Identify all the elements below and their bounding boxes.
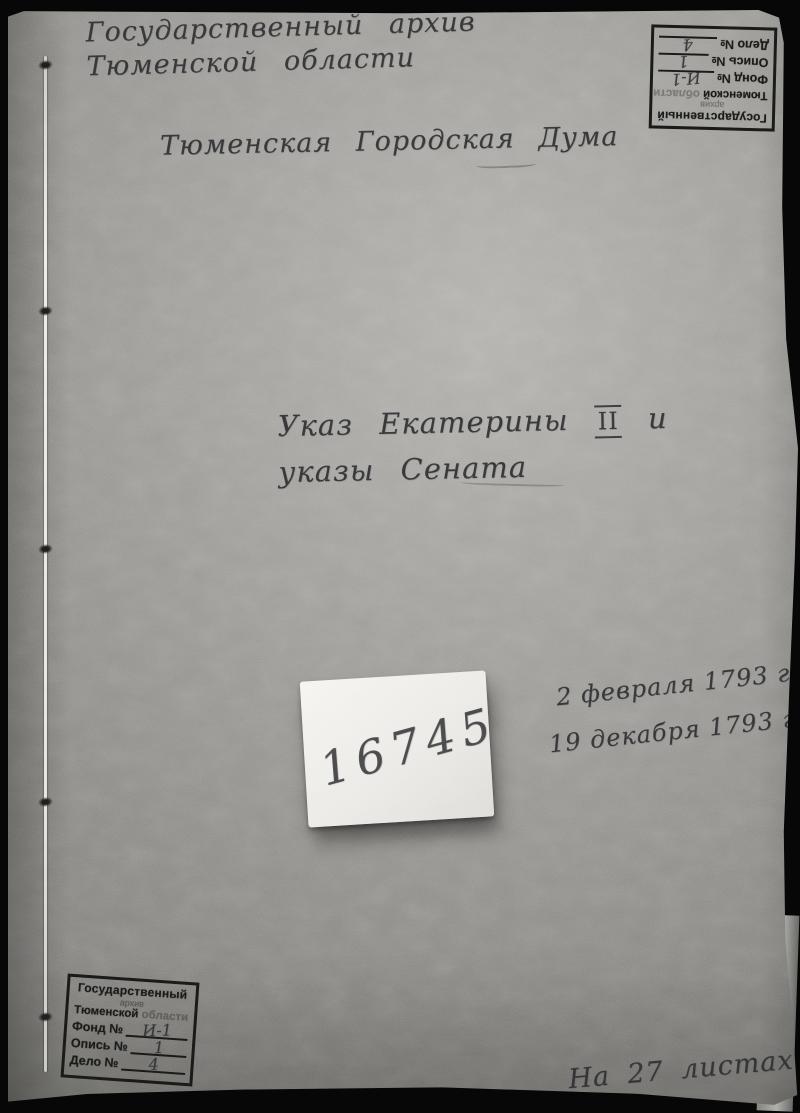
archive-folder-photo: Государственный архив Тюменской области … (0, 0, 800, 1113)
paper-grain-texture (8, 10, 798, 1106)
archive-name-handwritten: Государственный архив Тюменской области (85, 6, 477, 85)
archive-stamp-bottom: Государственный архив Тюменской области … (61, 974, 200, 1087)
lighting-vignette (8, 10, 798, 1106)
title-line1-conjunction: и (648, 401, 668, 435)
stitch-knot (37, 305, 53, 317)
date-range-handwritten: 2 февраля 1793 г 19 декабря 1793 г (554, 650, 798, 766)
folder-cover: Государственный архив Тюменской области … (8, 10, 798, 1106)
delo-label: Дело № (720, 37, 769, 52)
roman-numeral: II (594, 405, 622, 439)
delo-line: 4 (121, 1052, 186, 1075)
title-line1-text: Указ Екатерины (277, 403, 569, 443)
stitch-knot (37, 796, 53, 808)
stitch-knot (37, 543, 53, 555)
opis-label: Опись № (711, 54, 768, 69)
title-line2: указы Сената (278, 442, 669, 494)
stamp-fond-row: Фонд № И-1 (658, 70, 768, 90)
stamp-delo-row: Дело № 4 (659, 36, 769, 56)
stitch-knot (37, 59, 53, 71)
sheets-count-handwritten: На 27 листах. (567, 1044, 800, 1095)
stamp-org-line1: Государственный (657, 109, 767, 126)
pencil-flourish (476, 159, 536, 169)
inventory-number: 16745 (314, 696, 503, 796)
delo-line: 4 (659, 36, 718, 57)
delo-value: 4 (148, 1055, 159, 1074)
delo-value: 4 (682, 35, 694, 55)
archive-stamp-top-upside-down: Государственный архив Тюменской области … (649, 24, 778, 131)
binding-thread (44, 56, 47, 1072)
title-line1: Указ Екатерины II и (277, 396, 668, 450)
pasted-number-label: 16745 (300, 670, 495, 827)
stitch-knot (37, 1011, 53, 1023)
fond-label: Фонд № (717, 71, 769, 86)
delo-label: Дело № (69, 1053, 119, 1070)
fond-name-handwritten: Тюменская Городская Дума (160, 121, 619, 162)
